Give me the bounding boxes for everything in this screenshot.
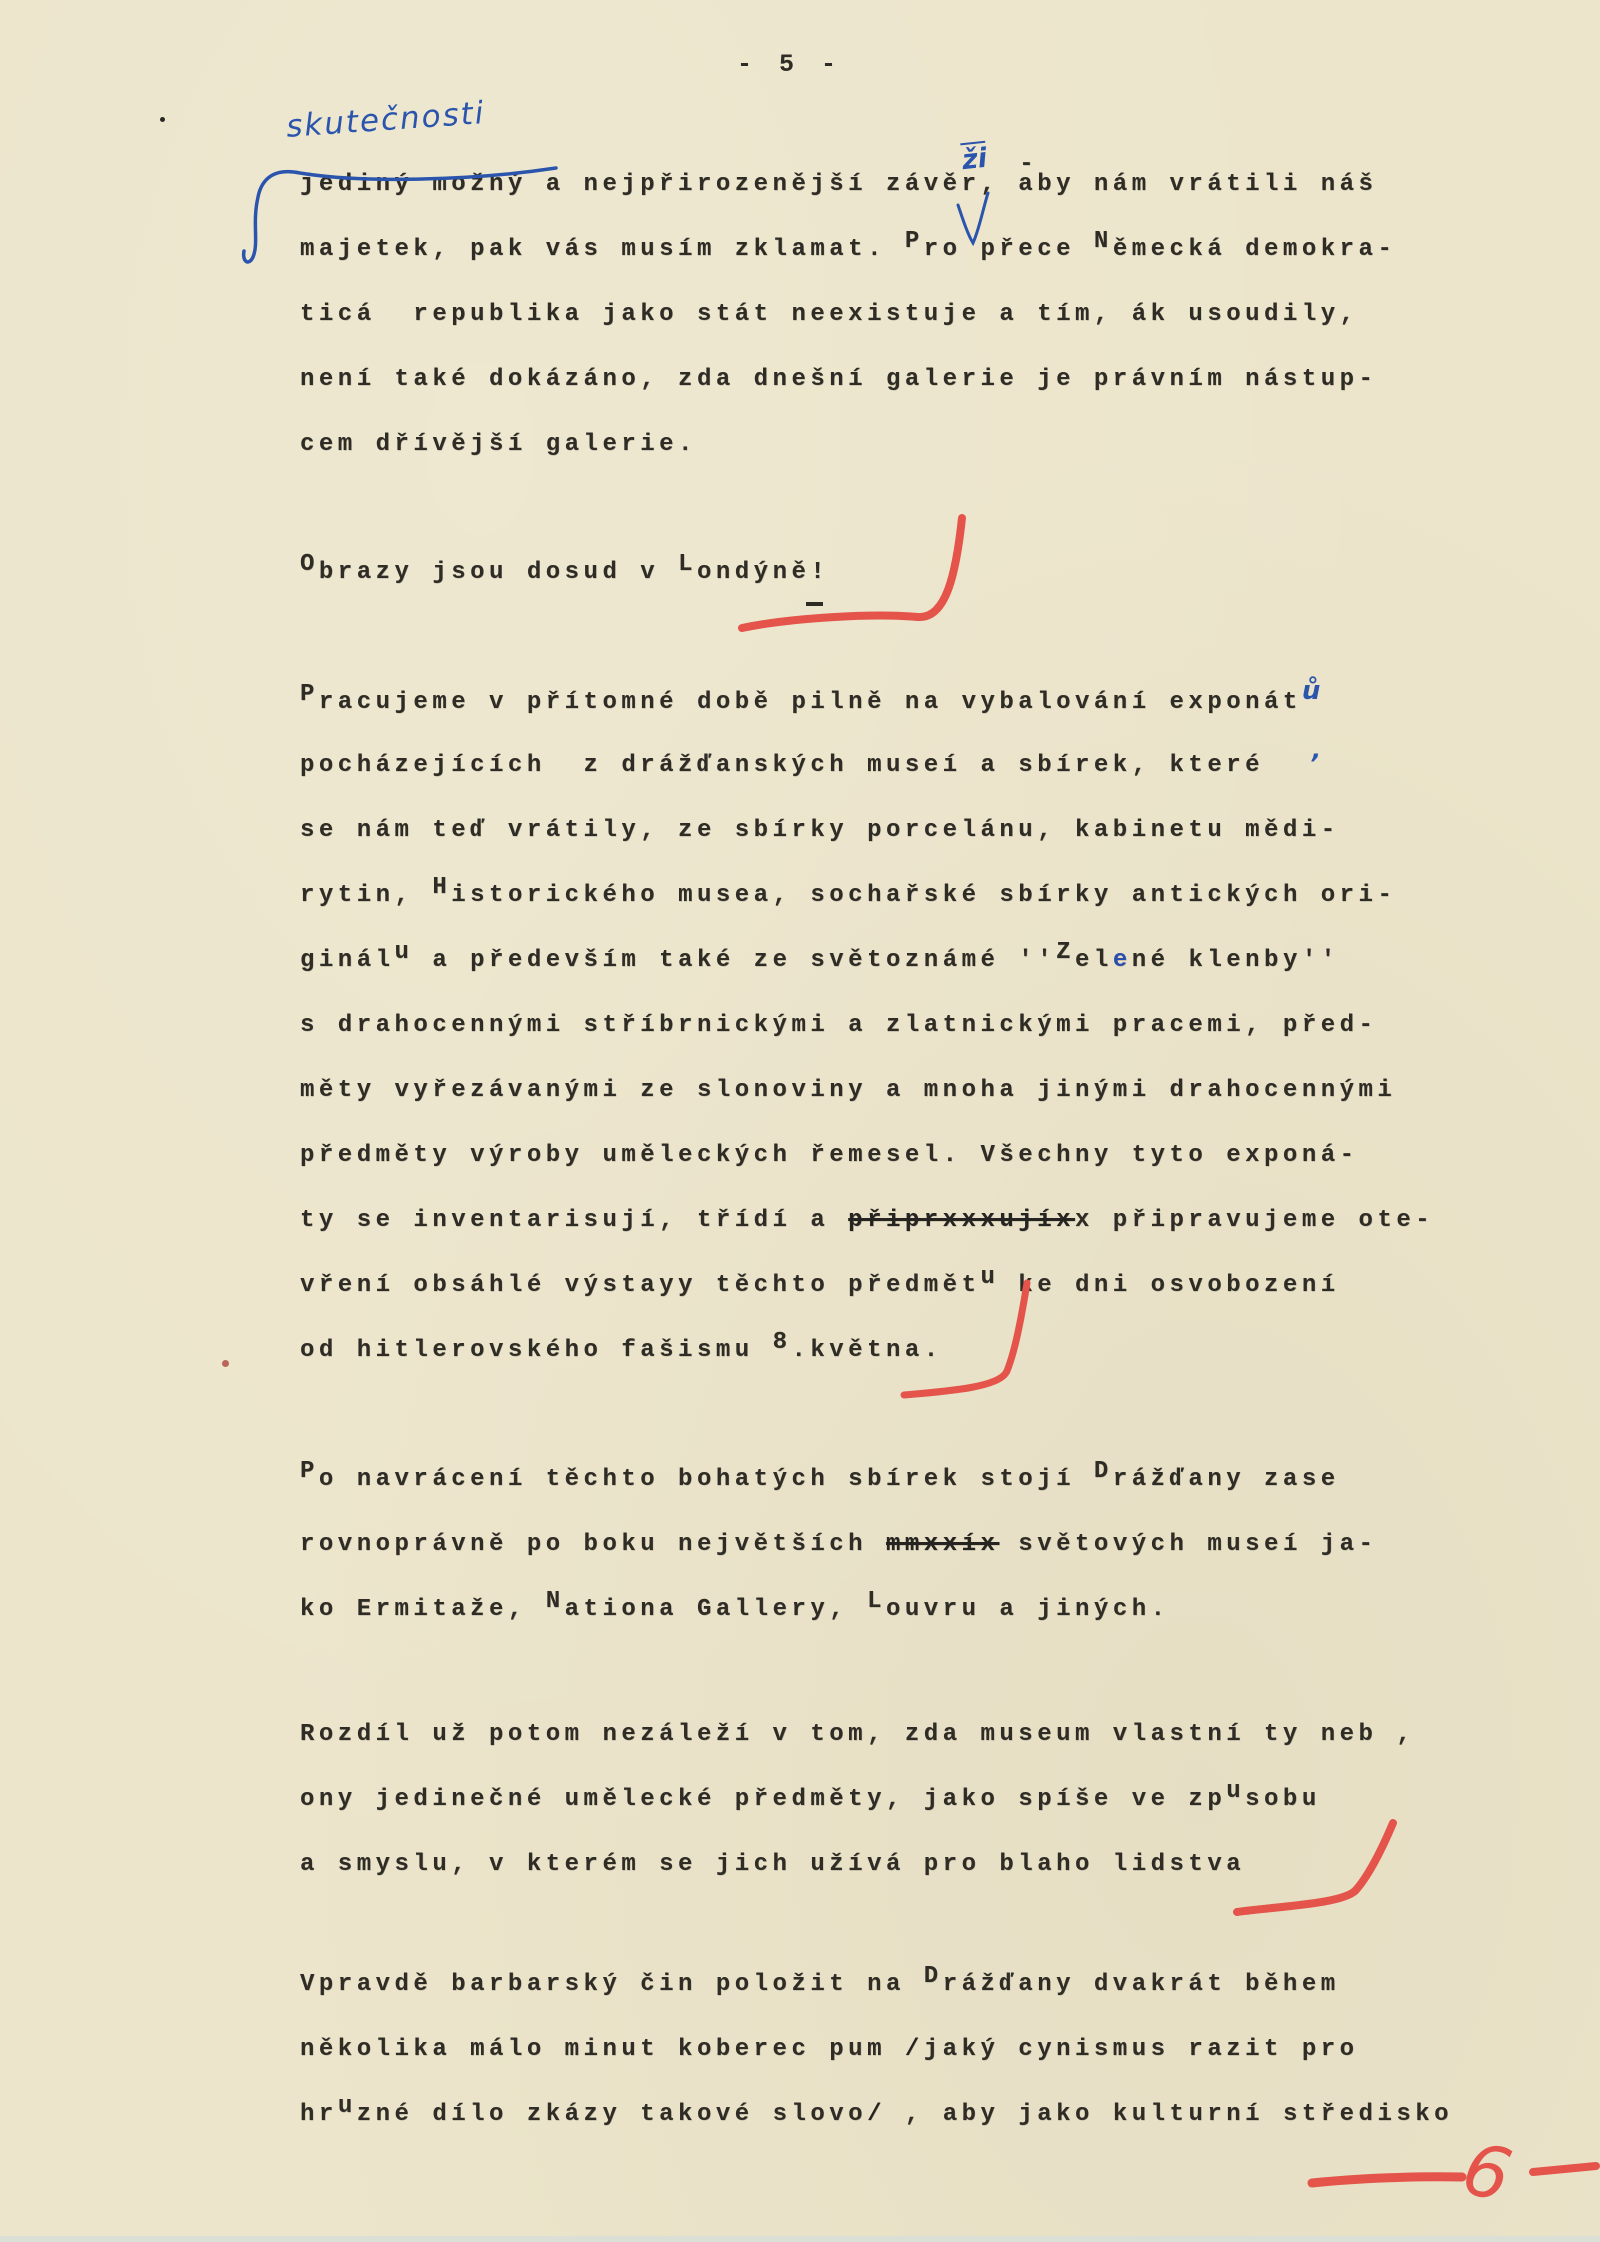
text-segment: rytin, — [300, 882, 432, 909]
text-segment: s drahocennými stříbrnickými a zlatnický… — [300, 1012, 1377, 1039]
typed-line: ony jedinečné umělecké předměty, jako sp… — [300, 1767, 1415, 1832]
typed-paragraph: Vpravdě barbarský čin položit na Drážďan… — [300, 1952, 1453, 2147]
text-segment: ro přece — [924, 236, 1094, 263]
handwritten-insertion-syllable: ži — [960, 143, 988, 176]
text-segment: zné dílo zkázy takové slovo — [357, 2101, 867, 2128]
typed-paragraph: Obrazy jsou dosud v Londýně! — [300, 540, 829, 605]
text-segment-sup: u — [980, 1264, 999, 1291]
typed-text-layer: jediný možný a nejpřirozenější závěr, -a… — [0, 0, 1600, 2242]
text-segment-sup: N — [1094, 228, 1113, 255]
text-segment: ěmecká demokra- — [1113, 236, 1397, 263]
typed-line: předměty výroby uměleckých řemesel. Všec… — [300, 1123, 1434, 1188]
text-segment: světových museí ja- — [999, 1531, 1377, 1558]
typed-line: rytin, Historického musea, sochařské sbí… — [300, 863, 1434, 928]
text-segment-strike: mmxxíx — [886, 1531, 999, 1558]
text-segment: hr — [300, 2101, 338, 2128]
typed-line: ko Ermitaže, Nationa Gallery, Louvru a j… — [300, 1577, 1377, 1642]
typed-line: od hitlerovského fašismu 8.května. — [300, 1318, 1434, 1383]
text-segment: racujeme v přítomné době pilně na vybalo… — [319, 689, 1302, 716]
typed-line: hruzné dílo zkázy takové slovo/ , aby ja… — [300, 2082, 1453, 2147]
typed-line: majetek, pak vás musím zklamat. Pro přec… — [300, 217, 1396, 282]
text-segment: sobu — [1245, 1786, 1321, 1813]
typed-line: s drahocennými stříbrnickými a zlatnický… — [300, 993, 1434, 1058]
text-segment-sup: H — [432, 874, 451, 901]
text-segment: né klenby'' — [1132, 947, 1340, 974]
text-segment: ationa Gallery, — [565, 1596, 867, 1623]
text-segment-ink: / — [905, 2036, 924, 2063]
typed-line: Rozdíl už potom nezáleží v tom, zda muse… — [300, 1702, 1415, 1767]
text-segment: jaký cynismus razit pro — [924, 2036, 1359, 2063]
text-segment: od hitlerovského fašismu — [300, 1337, 773, 1364]
text-segment-ink: / — [867, 2101, 886, 2128]
text-segment: istorického musea, sochařské sbírky anti… — [451, 882, 1396, 909]
text-segment-sup: D — [1094, 1458, 1113, 1485]
text-segment: cem dřívější galerie. — [300, 431, 697, 458]
handwritten-blue-comma: , — [1312, 736, 1321, 764]
text-segment: ty se inventarisují, třídí a — [300, 1207, 848, 1234]
typed-line: vření obsáhlé výstayy těchto předmětu ke… — [300, 1253, 1434, 1318]
text-segment: předměty výroby uměleckých řemesel. Všec… — [300, 1142, 1359, 1169]
text-segment-sup: u — [338, 2093, 357, 2120]
text-segment-sup: u — [1226, 1778, 1245, 1805]
typed-paragraph: Pracujeme v přítomné době pilně na vybal… — [300, 668, 1434, 1383]
text-segment-sup: 8 — [773, 1329, 792, 1356]
text-segment: jediný možný a nejpřirozenější závěr, — [300, 171, 1018, 198]
typed-line: několika málo minut koberec pum /jaký cy… — [300, 2017, 1453, 2082]
typed-line: Obrazy jsou dosud v Londýně! — [300, 540, 829, 605]
text-segment: pocházejících z drážďanských museí a sbí… — [300, 752, 1264, 779]
typed-line: ginálu a především také ze světoznámé ''… — [300, 928, 1434, 993]
typed-line: Vpravdě barbarský čin položit na Drážďan… — [300, 1952, 1453, 2017]
text-segment-sup: D — [924, 1963, 943, 1990]
text-segment: el — [1075, 947, 1113, 974]
text-segment: x připravujeme ote- — [1075, 1207, 1434, 1234]
text-segment: vření obsáhlé výstayy těchto předmět — [300, 1272, 980, 1299]
typed-line: cem dřívější galerie. — [300, 412, 1396, 477]
text-segment: ke dni osvobození — [999, 1272, 1339, 1299]
text-segment-sup: P — [905, 228, 924, 255]
text-segment: ondýně! — [697, 559, 829, 586]
red-pencil-dot — [222, 1360, 229, 1367]
text-segment: majetek, pak vás musím zklamat. — [300, 236, 905, 263]
typed-line: ticá republika jako stát neexistuje a tí… — [300, 282, 1396, 347]
typed-underscore-mark — [806, 602, 823, 606]
typed-paragraph: Rozdíl už potom nezáleží v tom, zda muse… — [300, 1702, 1415, 1897]
typed-paragraph: Po navrácení těchto bohatých sbírek stoj… — [300, 1447, 1377, 1642]
text-segment: ony jedinečné umělecké předměty, jako sp… — [300, 1786, 1226, 1813]
text-segment: ginál — [300, 947, 395, 974]
text-segment-sup: P — [300, 1458, 319, 1485]
ink-speck — [160, 117, 165, 122]
typed-line: není také dokázáno, zda dnešní galerie j… — [300, 347, 1396, 412]
text-segment: ticá republika jako stát neexistuje a tí… — [300, 301, 1359, 328]
text-segment: brazy jsou dosud v — [319, 559, 678, 586]
text-segment: není také dokázáno, zda dnešní galerie j… — [300, 366, 1377, 393]
text-segment-sup: P — [300, 681, 319, 708]
text-segment-sup: L — [678, 551, 697, 578]
text-segment-blueover: e — [1113, 947, 1132, 974]
text-segment: ko Ermitaže, — [300, 1596, 546, 1623]
typed-line: pocházejících z drážďanských museí a sbí… — [300, 733, 1434, 798]
text-segment-strike: připrxxxujíx — [848, 1207, 1075, 1234]
typed-line: Po navrácení těchto bohatých sbírek stoj… — [300, 1447, 1377, 1512]
text-segment-sup: L — [867, 1588, 886, 1615]
text-segment: rážďany dvakrát během — [943, 1971, 1340, 1998]
typed-line: měty vyřezávanými ze slonoviny a mnoha j… — [300, 1058, 1434, 1123]
text-segment: Rozdíl už potom nezáleží v tom, zda muse… — [300, 1721, 1415, 1748]
text-segment: rovnoprávně po boku největších — [300, 1531, 886, 1558]
text-segment: , aby jako kulturní středisko — [886, 2101, 1453, 2128]
typed-line: Pracujeme v přítomné době pilně na vybal… — [300, 668, 1434, 733]
text-segment: se nám teď vrátily, ze sbírky porcelánu,… — [300, 817, 1340, 844]
text-segment: Vpravdě barbarský čin položit na — [300, 1971, 924, 1998]
typed-line: jediný možný a nejpřirozenější závěr, -a… — [300, 152, 1396, 217]
text-segment-sup: Z — [1056, 939, 1075, 966]
typed-line: a smyslu, v kterém se jich užívá pro bla… — [300, 1832, 1415, 1897]
text-segment: rážďany zase — [1113, 1466, 1340, 1493]
text-segment-hand: ů — [1302, 676, 1325, 706]
typed-line: ty se inventarisují, třídí a připrxxxují… — [300, 1188, 1434, 1253]
typed-paragraph: jediný možný a nejpřirozenější závěr, -a… — [300, 152, 1396, 477]
text-segment-sup: O — [300, 551, 319, 578]
text-segment: a smyslu, v kterém se jich užívá pro bla… — [300, 1851, 1245, 1878]
text-segment: o navrácení těchto bohatých sbírek stojí — [319, 1466, 1094, 1493]
typed-line: rovnoprávně po boku největších mmxxíx sv… — [300, 1512, 1377, 1577]
text-segment: několika málo minut koberec pum — [300, 2036, 905, 2063]
typed-line: se nám teď vrátily, ze sbírky porcelánu,… — [300, 798, 1434, 863]
text-segment-sup: u — [395, 939, 414, 966]
text-segment: .května. — [791, 1337, 942, 1364]
text-segment: a především také ze světoznámé '' — [413, 947, 1056, 974]
text-segment: měty vyřezávanými ze slonoviny a mnoha j… — [300, 1077, 1396, 1104]
text-segment-sup: N — [546, 1588, 565, 1615]
scanned-typewritten-page: - 5 - jediný možný a nejpřirozenější záv… — [0, 0, 1600, 2242]
scan-edge-strip — [0, 2236, 1600, 2242]
text-segment: ouvru a jiných. — [886, 1596, 1170, 1623]
text-segment: aby nám vrátili náš — [1018, 171, 1377, 198]
